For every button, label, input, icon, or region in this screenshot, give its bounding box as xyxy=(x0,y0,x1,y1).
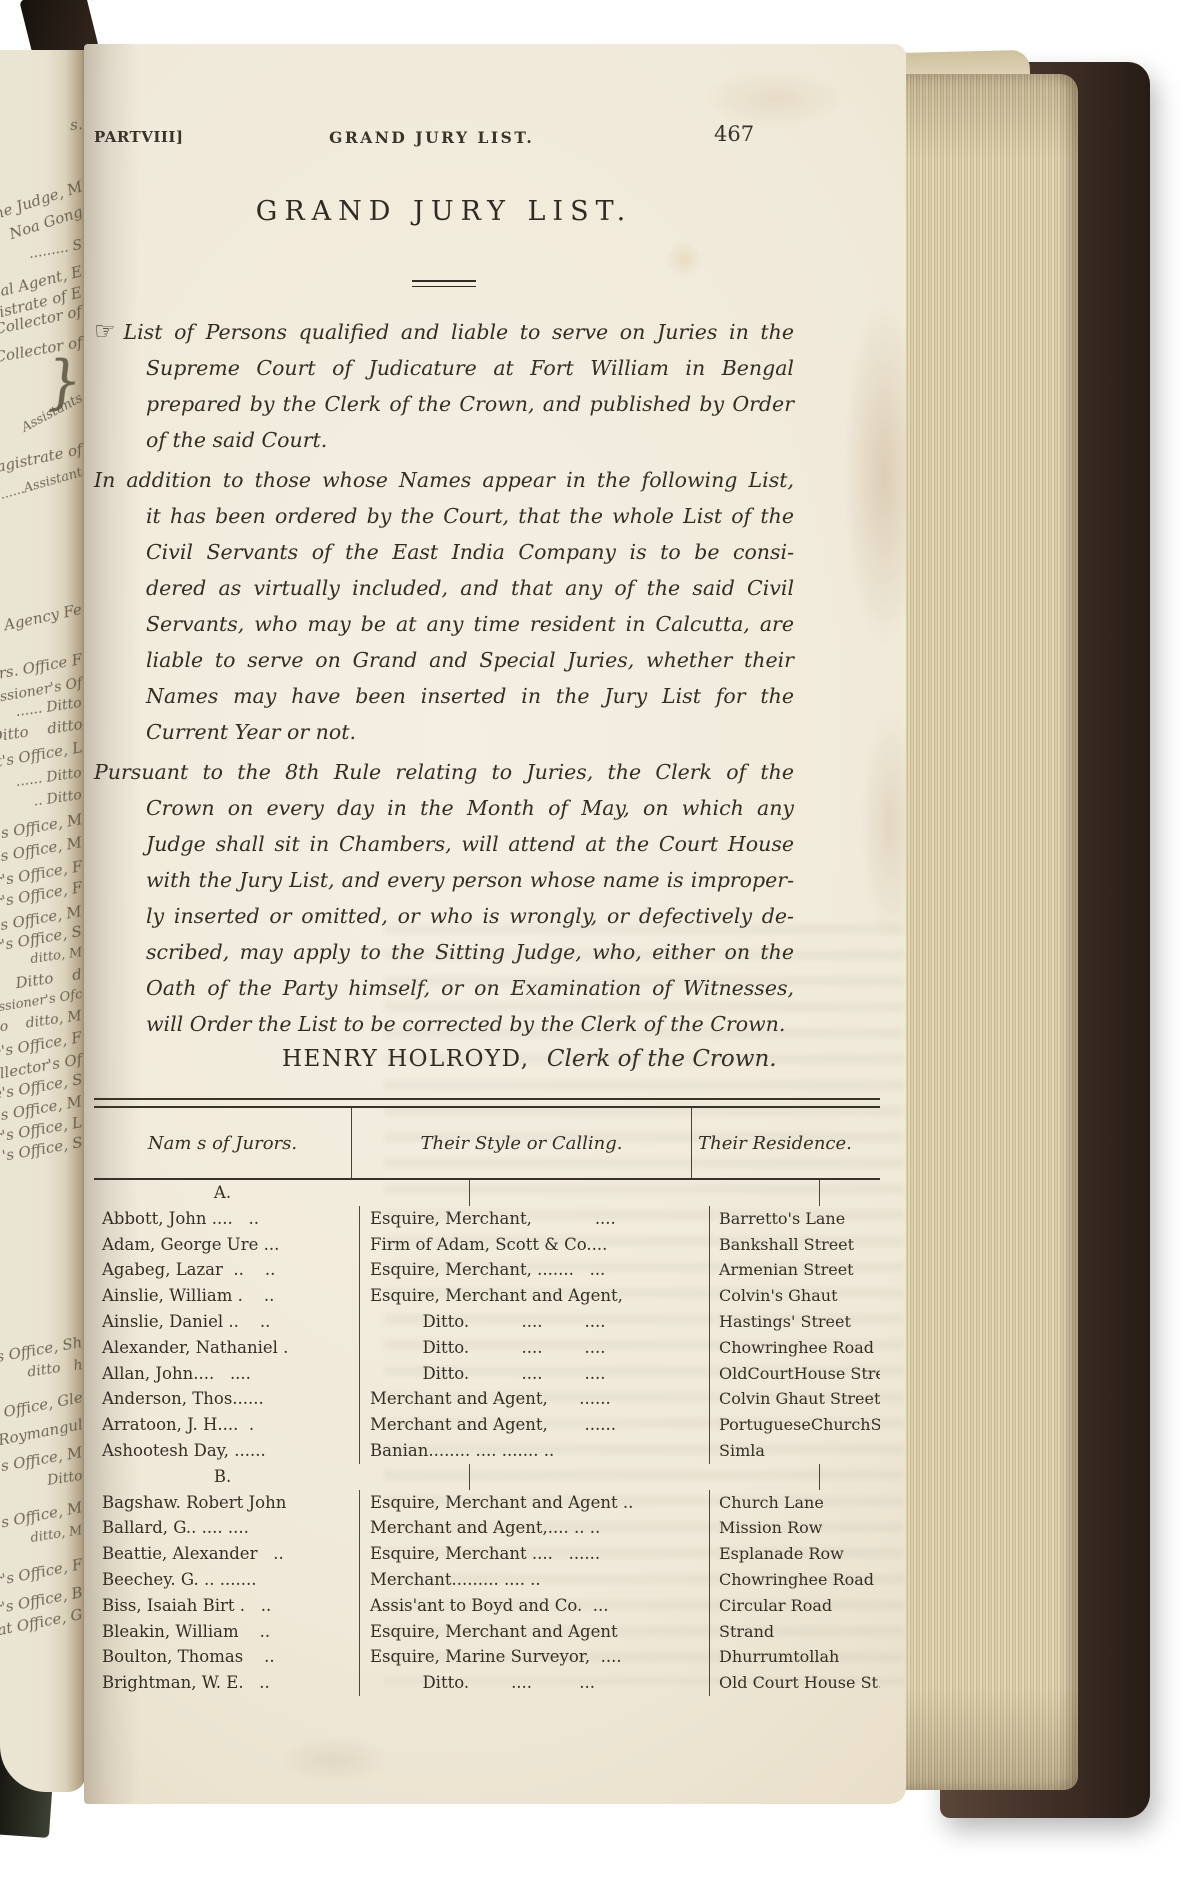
page-title: GRAND JURY LIST. xyxy=(94,192,794,232)
juror-name-cell: Alexander, Nathaniel . xyxy=(94,1335,359,1361)
style-calling-cell: Merchant and Agent, ...... xyxy=(359,1386,709,1412)
table-header-row: Nam s of Jurors. Their Style or Calling.… xyxy=(94,1108,880,1180)
table-row: Bleakin, William .. Esquire, Merchant an… xyxy=(94,1619,880,1645)
residence-cell xyxy=(819,1464,880,1490)
residence-cell: Esplanade Row xyxy=(709,1541,880,1567)
style-calling-cell: Esquire, Merchant and Agent, xyxy=(359,1283,709,1309)
juror-name-cell: Ashootesh Day, ...... xyxy=(94,1438,359,1464)
style-calling-cell: Merchant......... .... .. xyxy=(359,1567,709,1593)
pointing-hand-icon: ☞ xyxy=(94,317,116,345)
title-rule xyxy=(412,280,476,287)
style-calling-cell: Esquire, Marine Surveyor, .... xyxy=(359,1644,709,1670)
juror-name-cell: Ainslie, Daniel .. .. xyxy=(94,1309,359,1335)
paragraph-line: Servants, who may be at any time residen… xyxy=(146,606,794,642)
juror-name-cell: B. xyxy=(94,1464,469,1490)
paragraph-line: Current Year or not. xyxy=(146,714,794,750)
table-row: Ainslie, William . .. Esquire, Merchant … xyxy=(94,1283,880,1309)
residence-cell: Church Lane xyxy=(709,1490,880,1516)
residence-cell: Barretto's Lane xyxy=(709,1206,880,1232)
part-label: PARTVIII] xyxy=(94,128,183,146)
style-calling-cell: Assis'ant to Boyd and Co. ... xyxy=(359,1593,709,1619)
paragraph-line: liable to serve on Grand and Special Jur… xyxy=(146,642,794,678)
juror-name-cell: Brightman, W. E. .. xyxy=(94,1670,359,1696)
style-calling-cell: Firm of Adam, Scott & Co.... xyxy=(359,1232,709,1258)
style-calling-cell: Esquire, Merchant, .... xyxy=(359,1206,709,1232)
residence-cell: Chowringhee Road xyxy=(709,1567,880,1593)
table-row: Adam, George Ure ... Firm of Adam, Scott… xyxy=(94,1232,880,1258)
residence-cell: Circular Road xyxy=(709,1593,880,1619)
table-row: Arratoon, J. H.... . Merchant and Agent,… xyxy=(94,1412,880,1438)
page-content: PARTVIII] GRAND JURY LIST. 467 GRAND JUR… xyxy=(94,122,794,1696)
table-row: Bagshaw. Robert John Esquire, Merchant a… xyxy=(94,1490,880,1516)
facing-page-edge: s.he Judge, MNoa Gong......... Slitical … xyxy=(0,50,86,1792)
paragraph-preamble: ☞List of Persons qualified and liable to… xyxy=(94,313,794,458)
table-row: Alexander, Nathaniel . Ditto. .... .... … xyxy=(94,1335,880,1361)
juror-name-cell: Agabeg, Lazar .. .. xyxy=(94,1257,359,1283)
facing-page-text-fragment: .. Ditto xyxy=(33,787,83,810)
facing-page-text-fragment: Ditto xyxy=(46,1468,83,1489)
column-header-residence: Their Residence. xyxy=(691,1108,880,1178)
style-calling-cell: Esquire, Merchant, ....... ... xyxy=(359,1257,709,1283)
facing-page-text-fragment: ditto, M xyxy=(29,1523,83,1546)
running-title: GRAND JURY LIST. xyxy=(329,128,534,147)
table-body: A. Abbott, John .... .. Esquire, Merchan… xyxy=(94,1180,880,1696)
table-row: Beattie, Alexander .. Esquire, Merchant … xyxy=(94,1541,880,1567)
residence-cell: Hastings' Street xyxy=(709,1309,880,1335)
residence-cell: Simla xyxy=(709,1438,880,1464)
juror-name-cell: Abbott, John .... .. xyxy=(94,1206,359,1232)
signature-line: HENRY HOLROYD, Clerk of the Crown. xyxy=(94,1046,794,1090)
residence-cell xyxy=(819,1180,880,1206)
residence-cell: PortugueseChurchStr. xyxy=(709,1412,880,1438)
style-calling-cell: Esquire, Merchant .... ...... xyxy=(359,1541,709,1567)
style-calling-cell xyxy=(469,1180,819,1206)
paragraph-line: will Order the List to be corrected by t… xyxy=(146,1006,794,1042)
residence-cell: Mission Row xyxy=(709,1515,880,1541)
paragraph-line: In addition to those whose Names appear … xyxy=(94,462,794,498)
juror-name-cell: A. xyxy=(94,1180,469,1206)
paragraph-line: ly inserted or omitted, or who is wrongl… xyxy=(146,898,794,934)
juror-name-cell: Biss, Isaiah Birt . .. xyxy=(94,1593,359,1619)
paragraph-line: prepared by the Clerk of the Crown, and … xyxy=(146,386,794,422)
paragraph-line: Judge shall sit in Chambers, will attend… xyxy=(146,826,794,862)
paragraph-civil-servants: In addition to those whose Names appear … xyxy=(94,462,794,750)
juror-name-cell: Arratoon, J. H.... . xyxy=(94,1412,359,1438)
jury-table: Nam s of Jurors. Their Style or Calling.… xyxy=(94,1098,880,1696)
signature-role: Clerk of the Crown. xyxy=(547,1046,777,1072)
juror-name-cell: Boulton, Thomas .. xyxy=(94,1644,359,1670)
style-calling-cell: Ditto. .... .... xyxy=(359,1335,709,1361)
paragraph-line: it has been ordered by the Court, that t… xyxy=(146,498,794,534)
juror-name-cell: Ainslie, William . .. xyxy=(94,1283,359,1309)
table-row: B. xyxy=(94,1464,880,1490)
juror-name-cell: Bagshaw. Robert John xyxy=(94,1490,359,1516)
style-calling-cell: Merchant and Agent, ...... xyxy=(359,1412,709,1438)
residence-cell: Colvin's Ghaut xyxy=(709,1283,880,1309)
column-header-calling: Their Style or Calling. xyxy=(351,1108,691,1178)
signature-name: HENRY HOLROYD, xyxy=(282,1046,530,1072)
facing-page-text-fragment: ditto h xyxy=(26,1357,83,1381)
facing-page-text-fragment: ...... Ditto xyxy=(15,765,83,790)
book-page: PARTVIII] GRAND JURY LIST. 467 GRAND JUR… xyxy=(84,44,906,1804)
paragraph-eighth-rule: Pursuant to the 8th Rule relating to Jur… xyxy=(94,754,794,1042)
residence-cell: OldCourtHouse Street xyxy=(709,1361,880,1387)
table-row: A. xyxy=(94,1180,880,1206)
table-row: Brightman, W. E. .. Ditto. .... ... Old … xyxy=(94,1670,880,1696)
facing-page-text-fragment: ditto, M xyxy=(29,945,83,967)
residence-cell: Bankshall Street xyxy=(709,1232,880,1258)
facing-page-text-fragment: hing Agency Fe xyxy=(0,600,84,642)
juror-name-cell: Bleakin, William .. xyxy=(94,1619,359,1645)
table-top-rule xyxy=(94,1098,880,1108)
paragraph-line: Pursuant to the 8th Rule relating to Jur… xyxy=(94,754,794,790)
style-calling-cell: Ditto. .... ... xyxy=(359,1670,709,1696)
running-head: PARTVIII] GRAND JURY LIST. 467 xyxy=(94,122,794,152)
residence-cell: Dhurrumtollah xyxy=(709,1644,880,1670)
table-row: Biss, Isaiah Birt . .. Assis'ant to Boyd… xyxy=(94,1593,880,1619)
facing-page-text-fragment: s. xyxy=(69,115,83,134)
table-row: Ainslie, Daniel .. .. Ditto. .... .... H… xyxy=(94,1309,880,1335)
style-calling-cell: Esquire, Merchant and Agent xyxy=(359,1619,709,1645)
paragraph-line: Oath of the Party himself, or on Examina… xyxy=(146,970,794,1006)
residence-cell: Old Court House St. xyxy=(709,1670,880,1696)
table-row: Abbott, John .... .. Esquire, Merchant, … xyxy=(94,1206,880,1232)
table-row: Ballard, G.. .... .... Merchant and Agen… xyxy=(94,1515,880,1541)
residence-cell: Colvin Ghaut Street xyxy=(709,1386,880,1412)
residence-cell: Armenian Street xyxy=(709,1257,880,1283)
juror-name-cell: Ballard, G.. .... .... xyxy=(94,1515,359,1541)
juror-name-cell: Beattie, Alexander .. xyxy=(94,1541,359,1567)
page-fore-edge xyxy=(878,74,1078,1790)
paragraph-line: Crown on every day in the Month of May, … xyxy=(146,790,794,826)
table-row: Ashootesh Day, ...... Banian........ ...… xyxy=(94,1438,880,1464)
paragraph-line: dered as virtually included, and that an… xyxy=(146,570,794,606)
paragraph-line: Civil Servants of the East India Company… xyxy=(146,534,794,570)
style-calling-cell: Ditto. .... .... xyxy=(359,1309,709,1335)
juror-name-cell: Adam, George Ure ... xyxy=(94,1232,359,1258)
style-calling-cell: Ditto. .... .... xyxy=(359,1361,709,1387)
paragraph-line: with the Jury List, and every person who… xyxy=(146,862,794,898)
table-row: Anderson, Thos...... Merchant and Agent,… xyxy=(94,1386,880,1412)
juror-name-cell: Allan, John.... .... xyxy=(94,1361,359,1387)
paragraph-line: Supreme Court of Judicature at Fort Will… xyxy=(146,350,794,386)
juror-name-cell: Anderson, Thos...... xyxy=(94,1386,359,1412)
page-number: 467 xyxy=(714,122,754,146)
facing-page-text-fragment: ......... S xyxy=(27,237,83,262)
style-calling-cell xyxy=(469,1464,819,1490)
paragraph-line: Names may have been inserted in the Jury… xyxy=(146,678,794,714)
table-row: Allan, John.... .... Ditto. .... .... Ol… xyxy=(94,1361,880,1387)
column-header-names: Nam s of Jurors. xyxy=(94,1108,351,1178)
paragraph-line: of the said Court. xyxy=(146,422,794,458)
residence-cell: Strand xyxy=(709,1619,880,1645)
paragraph-line: scribed, may apply to the Sitting Judge,… xyxy=(146,934,794,970)
style-calling-cell: Banian........ .... ....... .. xyxy=(359,1438,709,1464)
table-row: Boulton, Thomas .. Esquire, Marine Surve… xyxy=(94,1644,880,1670)
juror-name-cell: Beechey. G. .. ....... xyxy=(94,1567,359,1593)
residence-cell: Chowringhee Road xyxy=(709,1335,880,1361)
style-calling-cell: Merchant and Agent,.... .. .. xyxy=(359,1515,709,1541)
table-row: Agabeg, Lazar .. .. Esquire, Merchant, .… xyxy=(94,1257,880,1283)
style-calling-cell: Esquire, Merchant and Agent .. xyxy=(359,1490,709,1516)
book-photo: s.he Judge, MNoa Gong......... Slitical … xyxy=(0,0,1198,1890)
paragraph-line: List of Persons qualified and liable to … xyxy=(124,320,794,344)
table-row: Beechey. G. .. ....... Merchant.........… xyxy=(94,1567,880,1593)
